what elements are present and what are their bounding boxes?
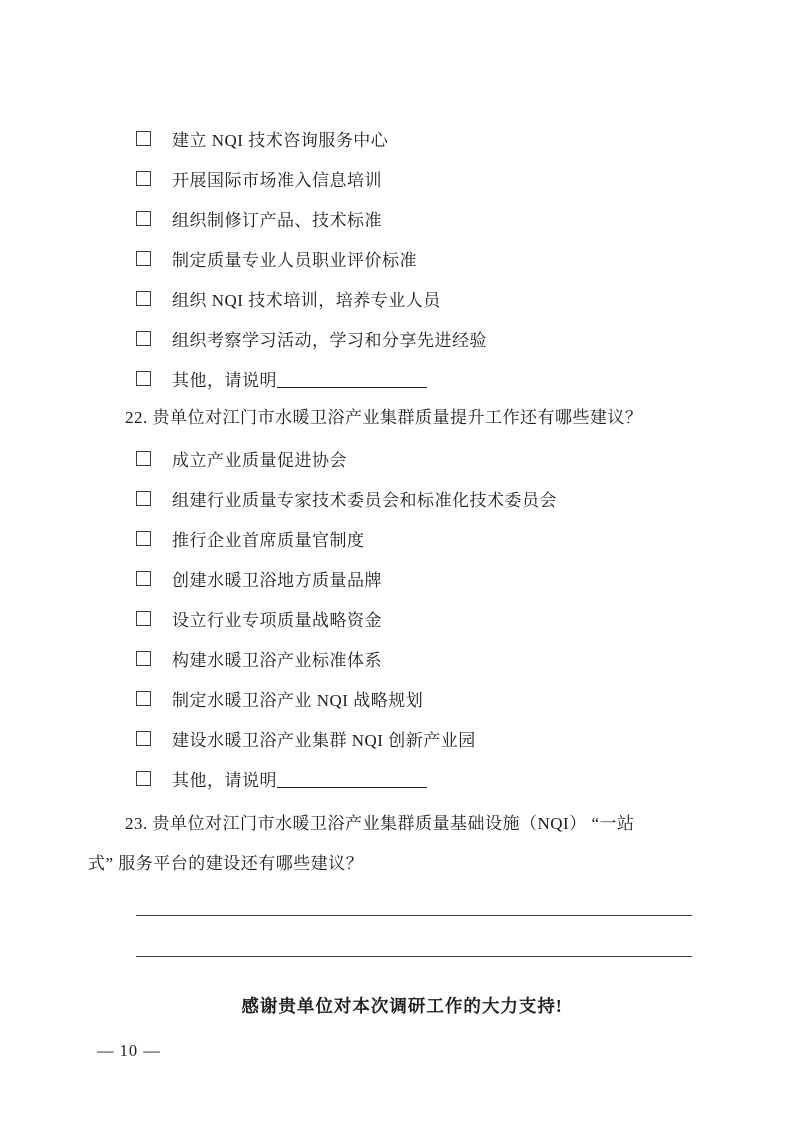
checkbox-item: 组织 NQI 技术培训，培养专业人员 xyxy=(88,278,716,318)
option-label: 建设水暖卫浴产业集群 NQI 创新产业园 xyxy=(172,726,476,751)
checkbox-item: 开展国际市场准入信息培训 xyxy=(88,158,716,198)
option-label: 成立产业质量促进协会 xyxy=(172,446,347,471)
checkbox-item: 制定质量专业人员职业评价标准 xyxy=(88,238,716,278)
checkbox[interactable] xyxy=(136,731,151,746)
question-23-line-2: 式” 服务平台的建设还有哪些建议？ xyxy=(88,844,716,884)
page-number: — 10 — xyxy=(97,1041,161,1061)
option-label: 开展国际市场准入信息培训 xyxy=(172,166,382,191)
checkbox-item-other: 其他，请说明 xyxy=(88,358,716,398)
checkbox[interactable] xyxy=(136,371,151,386)
checkbox[interactable] xyxy=(136,131,151,146)
option-label: 组织 NQI 技术培训，培养专业人员 xyxy=(172,286,441,311)
checkbox[interactable] xyxy=(136,651,151,666)
option-label: 组建行业质量专家技术委员会和标准化技术委员会 xyxy=(172,486,557,511)
checkbox[interactable] xyxy=(136,171,151,186)
checkbox-item: 创建水暖卫浴地方质量品牌 xyxy=(88,558,716,598)
checkbox-item: 设立行业专项质量战略资金 xyxy=(88,598,716,638)
question-23-line-1: 23. 贵单位对江门市水暖卫浴产业集群质量基础设施（NQI） “一站 xyxy=(88,804,716,844)
checkbox-item: 构建水暖卫浴产业标准体系 xyxy=(88,638,716,678)
answer-line[interactable] xyxy=(136,916,692,957)
other-label: 其他，请说明 xyxy=(172,371,277,390)
option-label: 设立行业专项质量战略资金 xyxy=(172,606,382,631)
checkbox-item: 成立产业质量促进协会 xyxy=(88,438,716,478)
checkbox-item: 建设水暖卫浴产业集群 NQI 创新产业园 xyxy=(88,718,716,758)
checkbox-item: 组织制修订产品、技术标准 xyxy=(88,198,716,238)
answer-line[interactable] xyxy=(136,884,692,916)
question-23: 23. 贵单位对江门市水暖卫浴产业集群质量基础设施（NQI） “一站 式” 服务… xyxy=(88,804,716,884)
option-label: 制定质量专业人员职业评价标准 xyxy=(172,246,417,271)
document-content: 建立 NQI 技术咨询服务中心 开展国际市场准入信息培训 组织制修订产品、技术标… xyxy=(88,118,716,1018)
checkbox-item: 建立 NQI 技术咨询服务中心 xyxy=(88,118,716,158)
option-label: 制定水暖卫浴产业 NQI 战略规划 xyxy=(172,686,423,711)
question-22: 22. 贵单位对江门市水暖卫浴产业集群质量提升工作还有哪些建议？ xyxy=(88,398,716,438)
checkbox[interactable] xyxy=(136,331,151,346)
checkbox[interactable] xyxy=(136,451,151,466)
option-label: 推行企业首席质量官制度 xyxy=(172,526,365,551)
checkbox-item: 组织考察学习活动，学习和分享先进经验 xyxy=(88,318,716,358)
option-label: 其他，请说明 xyxy=(172,366,427,391)
checkbox[interactable] xyxy=(136,491,151,506)
checkbox[interactable] xyxy=(136,691,151,706)
checkbox[interactable] xyxy=(136,571,151,586)
closing-note: 感谢贵单位对本次调研工作的大力支持! xyxy=(88,993,716,1018)
document-page: 建立 NQI 技术咨询服务中心 开展国际市场准入信息培训 组织制修订产品、技术标… xyxy=(0,0,800,1132)
checkbox[interactable] xyxy=(136,251,151,266)
checkbox[interactable] xyxy=(136,211,151,226)
checkbox[interactable] xyxy=(136,771,151,786)
option-label: 组织制修订产品、技术标准 xyxy=(172,206,382,231)
other-label: 其他，请说明 xyxy=(172,771,277,790)
checkbox-item-other: 其他，请说明 xyxy=(88,758,716,798)
option-label: 组织考察学习活动，学习和分享先进经验 xyxy=(172,326,487,351)
option-label: 创建水暖卫浴地方质量品牌 xyxy=(172,566,382,591)
checkbox-item: 推行企业首席质量官制度 xyxy=(88,518,716,558)
option-label: 建立 NQI 技术咨询服务中心 xyxy=(172,126,388,151)
option-label: 构建水暖卫浴产业标准体系 xyxy=(172,646,382,671)
checkbox-item: 组建行业质量专家技术委员会和标准化技术委员会 xyxy=(88,478,716,518)
fill-in-blank[interactable] xyxy=(277,772,427,788)
option-label: 其他，请说明 xyxy=(172,766,427,791)
checkbox[interactable] xyxy=(136,611,151,626)
checkbox[interactable] xyxy=(136,531,151,546)
fill-in-blank[interactable] xyxy=(277,372,427,388)
checkbox-item: 制定水暖卫浴产业 NQI 战略规划 xyxy=(88,678,716,718)
checkbox[interactable] xyxy=(136,291,151,306)
